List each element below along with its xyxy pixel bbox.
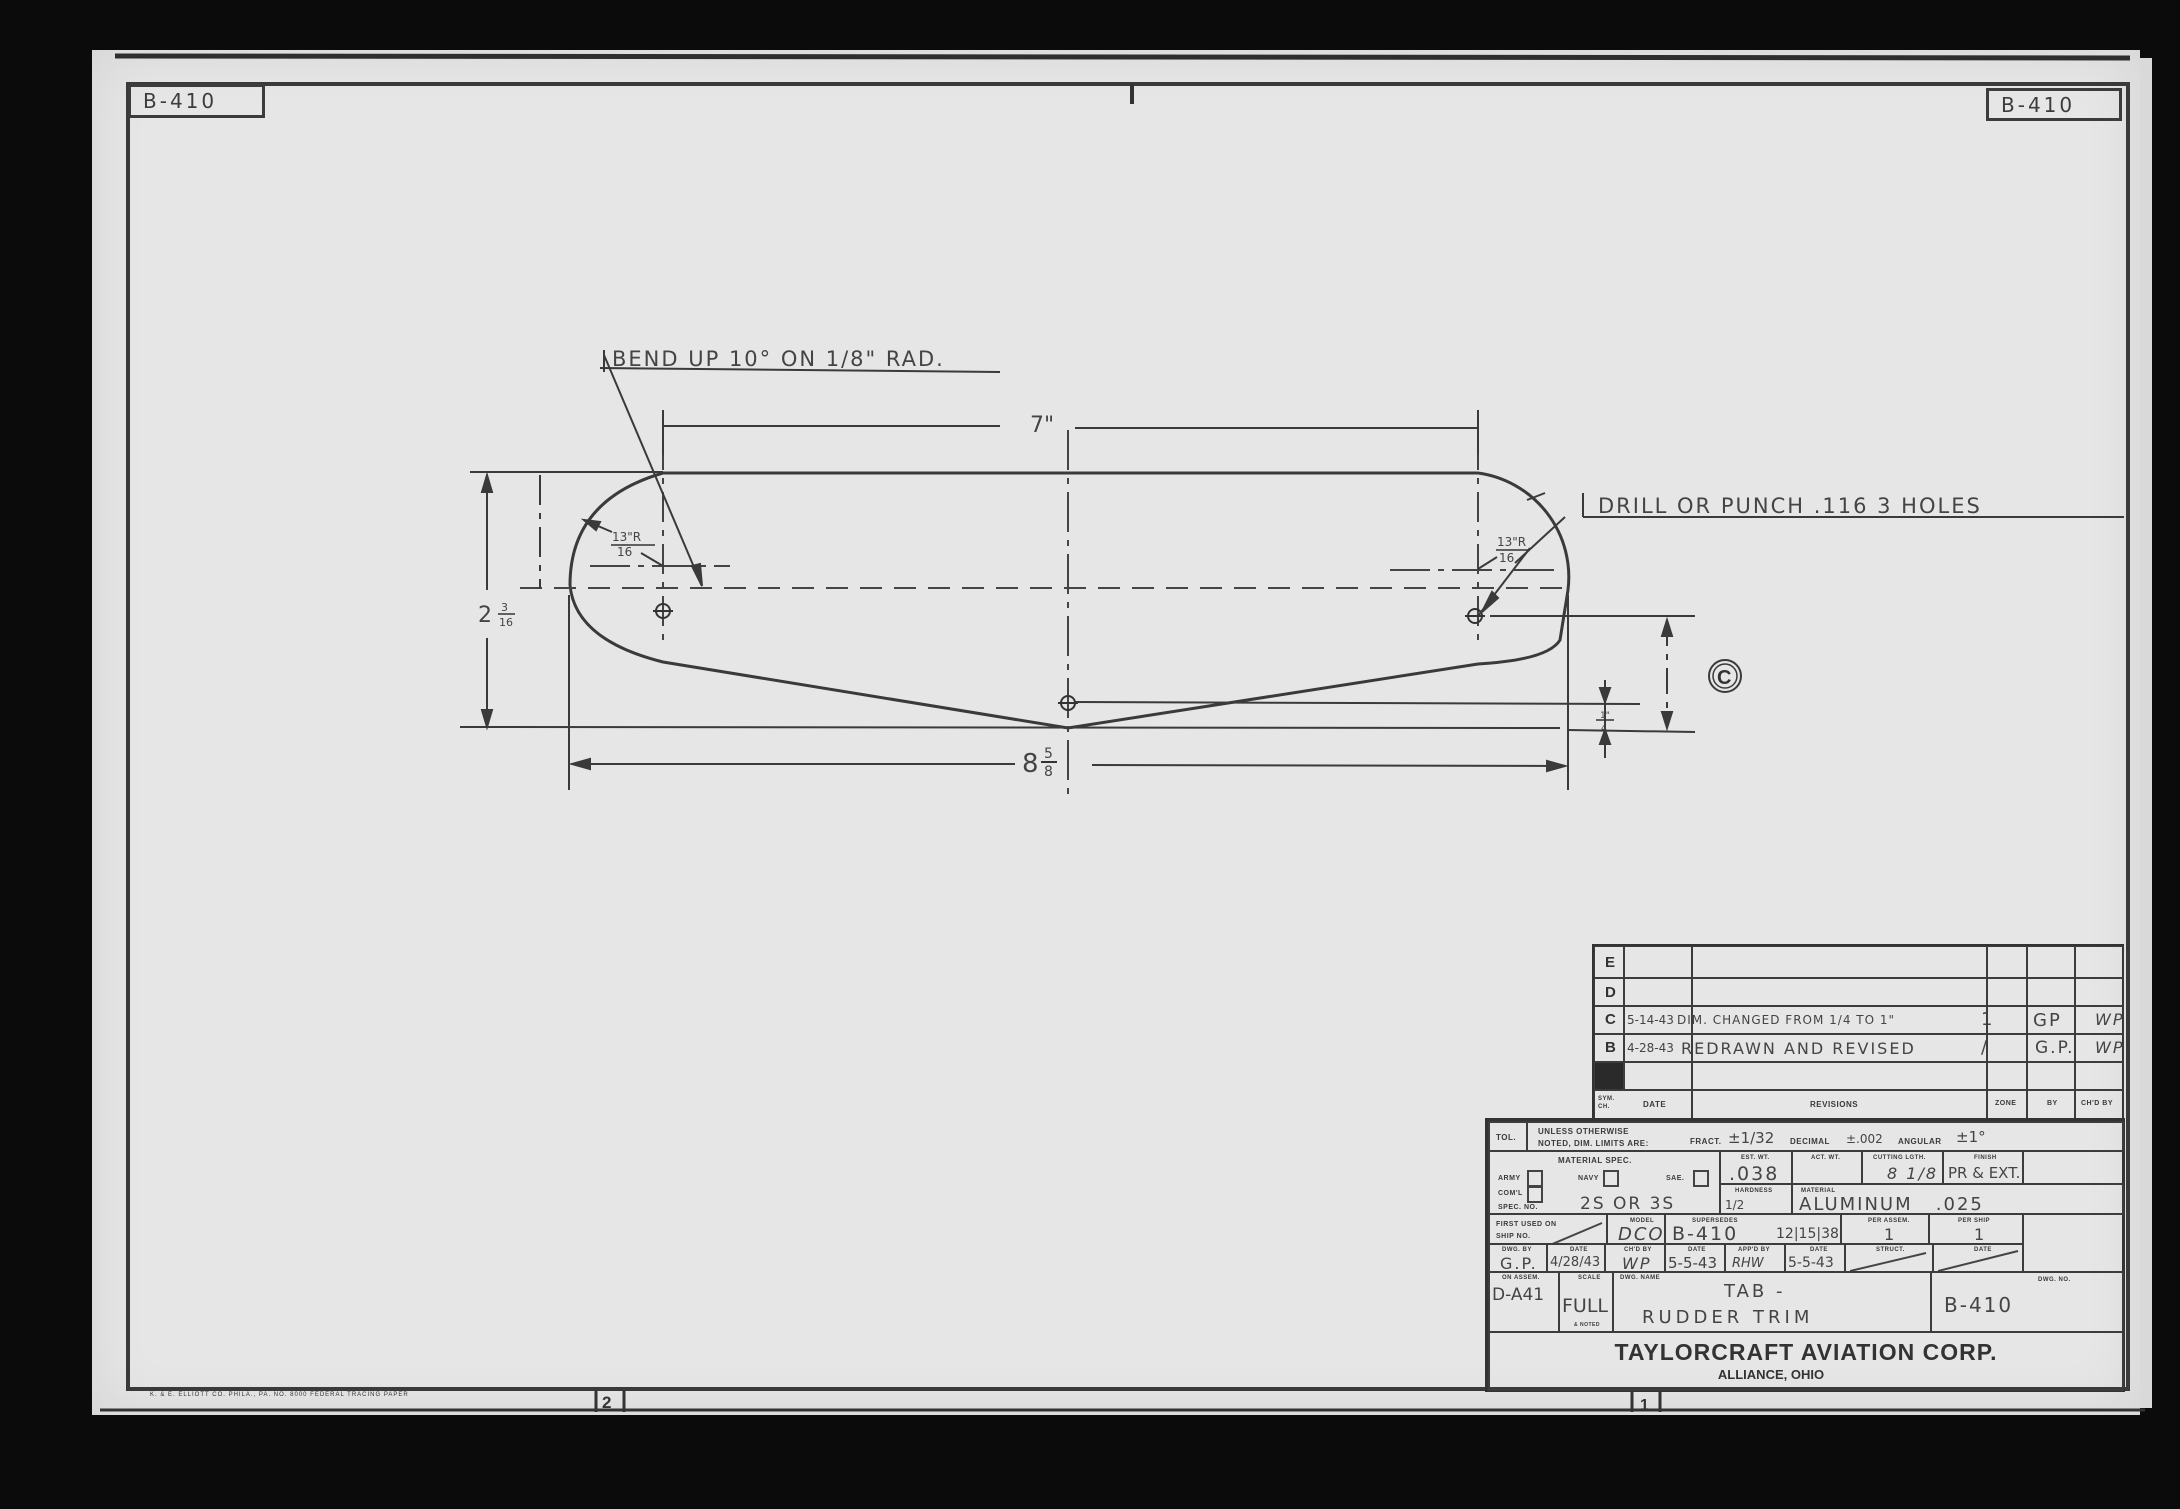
part-name-line2: RUDDER TRIM	[1642, 1307, 1813, 1328]
per-ship: PER SHIP 1	[1928, 1213, 2024, 1245]
chkd-date: DATE 5-5-43	[1664, 1243, 1726, 1273]
tolerance-note: UNLESS OTHERWISE NOTED, DIM. LIMITS ARE:…	[1526, 1121, 2124, 1152]
rev-row-b: 4-28-43 REDRAWN AND REVISED / G.P. WP	[1624, 1034, 2124, 1062]
revision-c-marker: C	[1709, 660, 1741, 692]
rev-row-b-letter: B	[1594, 1034, 1624, 1062]
dim-7-inch: 7"	[1030, 413, 1054, 438]
bend-note: BEND UP 10° ON 1/8" RAD.	[612, 347, 945, 371]
rev-b-description: REDRAWN AND REVISED	[1681, 1039, 1916, 1058]
revisions-header: SYM. CH. DATE REVISIONS ZONE BY CH'D BY	[1594, 1090, 2124, 1120]
dwg-date: DATE 4/28/43	[1546, 1243, 1606, 1273]
sae-checkbox[interactable]	[1693, 1170, 1709, 1187]
material: MATERIAL ALUMINUM .025	[1791, 1183, 2124, 1215]
company-block: TAYLORCRAFT AVIATION CORP. ALLIANCE, OHI…	[1488, 1331, 2124, 1391]
rev-c-by: GP	[2033, 1010, 2062, 1031]
header-chkd: CH'D BY	[2081, 1100, 2113, 1107]
header-revisions: REVISIONS	[1810, 1100, 1858, 1109]
finish: FINISH PR & EXT.	[1942, 1150, 2024, 1185]
company-location: ALLIANCE, OHIO	[1488, 1367, 2122, 1382]
dim-height-den: 16	[499, 616, 513, 629]
dwg-no: DWG. NO. B-410	[1930, 1271, 2124, 1333]
struct-date: DATE	[1932, 1243, 2024, 1273]
zone-marker-2: 2	[602, 1393, 611, 1412]
appd-date: DATE 5-5-43	[1784, 1243, 1846, 1273]
spec-no: 2S OR 3S	[1580, 1194, 1675, 1214]
dim-overall-num: 5	[1044, 746, 1053, 762]
dim-radius-left-den: 16	[617, 545, 632, 559]
dim-radius-right: 13"R	[1497, 535, 1526, 549]
on-assem: ON ASSEM. D-A41	[1488, 1271, 1560, 1333]
dwg-by: DWG. BY G.P.	[1488, 1243, 1548, 1273]
scale: SCALE FULL & NOTED	[1558, 1271, 1614, 1333]
appd-by: APP'D BY RHW	[1724, 1243, 1786, 1273]
dim-radius-right-den: 16	[1499, 551, 1514, 565]
rev-row-d-letter: D	[1594, 978, 1624, 1006]
rev-row-e	[1624, 946, 2124, 978]
model: MODEL DCO	[1606, 1213, 1666, 1245]
drawing-number-top-left: B-410	[128, 84, 265, 118]
navy-checkbox[interactable]	[1603, 1170, 1619, 1187]
dim-overall-whole: 8	[1022, 749, 1039, 779]
center-lines	[520, 430, 1570, 800]
fract-tolerance: ±1/32	[1728, 1129, 1774, 1147]
dim-overall-den: 8	[1044, 764, 1053, 780]
rev-row-e-letter: E	[1594, 946, 1624, 978]
hardness: HARDNESS 1/2	[1719, 1183, 1793, 1215]
svg-text:C: C	[1717, 667, 1731, 689]
rev-c-date: 5-14-43	[1627, 1013, 1674, 1027]
rev-row-c: 5-14-43 DIM. CHANGED FROM 1/4 TO 1" 1 GP…	[1624, 1006, 2124, 1034]
coml-checkbox[interactable]	[1527, 1186, 1543, 1203]
header-zone: ZONE	[1995, 1100, 2016, 1107]
angular-tolerance: ±1°	[1956, 1128, 1986, 1146]
chkd-by: CH'D BY WP	[1604, 1243, 1666, 1273]
est-wt: EST. WT. .038	[1719, 1150, 1793, 1185]
part-name-line1: TAB -	[1724, 1281, 1785, 1302]
dim-radius-left: 13"R	[612, 530, 641, 544]
header-sym: SYM. CH.	[1598, 1095, 1620, 1111]
rev-row-c-letter: C	[1594, 1006, 1624, 1034]
dwg-name: DWG. NAME TAB - RUDDER TRIM	[1612, 1271, 1932, 1333]
struct: STRUCT.	[1844, 1243, 1934, 1273]
drawing-number: B-410	[1944, 1293, 2013, 1317]
tab-outline	[570, 473, 1569, 728]
act-wt: ACT. WT.	[1791, 1150, 1863, 1185]
cutting-length: CUTTING LGTH. 8 1/8	[1861, 1150, 1944, 1185]
title-block: TOL. UNLESS OTHERWISE NOTED, DIM. LIMITS…	[1485, 1118, 2125, 1392]
rev-c-description: DIM. CHANGED FROM 1/4 TO 1"	[1677, 1013, 1895, 1027]
army-checkbox[interactable]	[1527, 1170, 1543, 1187]
revisions-table: E D C 5-14-43 DIM. CHANGED FROM 1/4 TO 1…	[1592, 944, 2124, 1120]
material-spec: MATERIAL SPEC. ARMY NAVY SAE. COM'L SPEC…	[1488, 1150, 1721, 1215]
rev-b-date: 4-28-43	[1627, 1041, 1674, 1055]
dimension-lines	[460, 350, 2124, 790]
rev-row-a-letter-blacked	[1594, 1062, 1624, 1090]
per-assem: PER ASSEM. 1	[1840, 1213, 1930, 1245]
header-by: BY	[2047, 1100, 2058, 1107]
first-used-on: FIRST USED ON SHIP NO.	[1488, 1213, 1608, 1245]
rev-b-chkd: WP	[2095, 1038, 2124, 1057]
paper-imprint: K. & E. ELLIOTT CO. PHILA., PA. NO. 8000…	[150, 1392, 409, 1398]
tol-cell: TOL.	[1488, 1121, 1528, 1152]
dim-height-num: 3	[501, 601, 508, 614]
dim-height-whole: 2	[478, 603, 492, 628]
zone-marker-1: 1	[1640, 1397, 1649, 1414]
dim-quarter-den: 4	[1601, 724, 1607, 734]
header-date: DATE	[1643, 1100, 1666, 1109]
drawing-number-top-right: B-410	[1986, 88, 2122, 121]
decimal-tolerance: ±.002	[1846, 1132, 1883, 1146]
rev-row-d	[1624, 978, 2124, 1006]
rev-c-chkd: WP	[2095, 1010, 2124, 1029]
rev-b-by: G.P.	[2035, 1038, 2075, 1058]
drill-note: DRILL OR PUNCH .116 3 HOLES	[1598, 494, 1982, 518]
rev-row-a	[1624, 1062, 2124, 1090]
supersedes: SUPERSEDES B-410 12|15|38	[1664, 1213, 1842, 1245]
company-name: TAYLORCRAFT AVIATION CORP.	[1490, 1339, 2122, 1366]
